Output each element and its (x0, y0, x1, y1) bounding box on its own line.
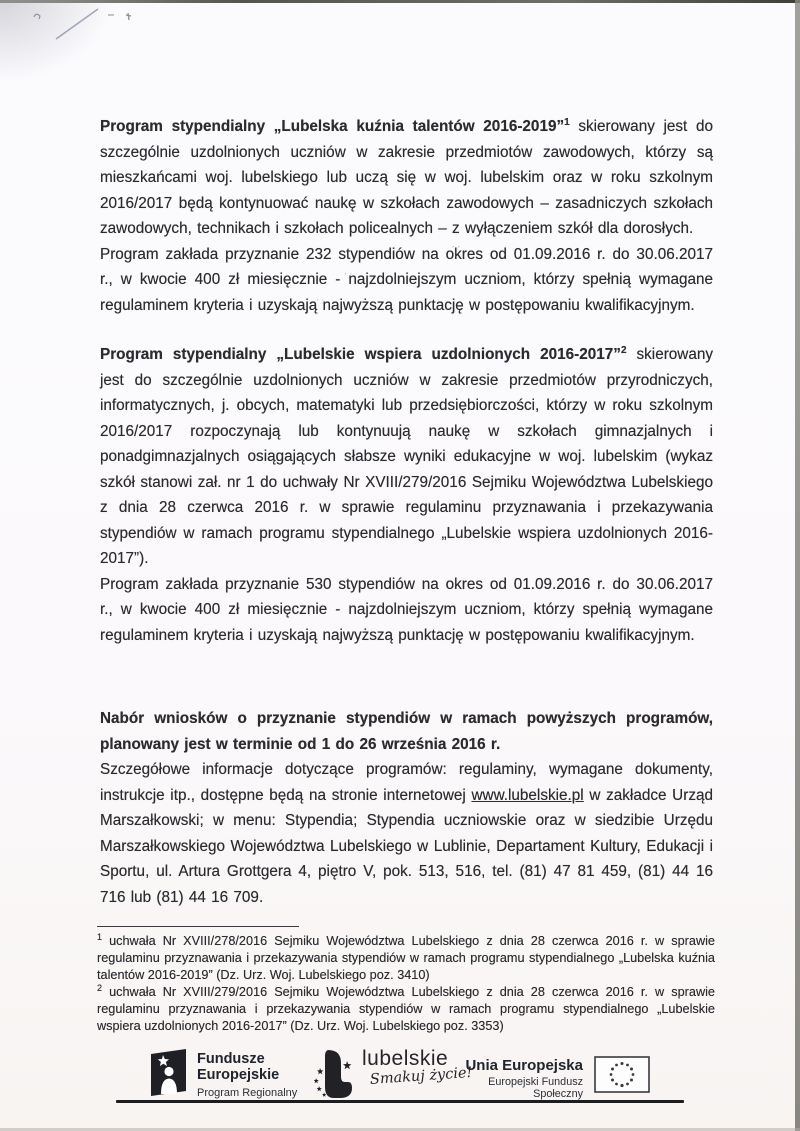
program-wspiera-uzdolnionych-intro: Program stypendialny „Lubelskie wspiera … (100, 342, 713, 572)
scan-edge-top (0, 0, 800, 3)
footer-rule (116, 1100, 684, 1103)
text-run: Program stypendialny „Lubelska kuźnia ta… (100, 118, 564, 135)
text-run: skierowany jest do szczególnie uzdolnion… (100, 346, 713, 567)
lubelskie-letter-l-icon (314, 1048, 354, 1105)
document-body: Program stypendialny „Lubelska kuźnia ta… (100, 114, 713, 910)
lubelskie-logo: lubelskie Smakuj życie! (314, 1048, 473, 1105)
fe-flag-icon (150, 1049, 187, 1102)
text-run: Program stypendialny „Lubelskie wspiera … (100, 346, 621, 363)
scanned-document-page: ´ ´ ˒ ˓ ˒ ˓ Program stypendialny „Lubels… (0, 0, 800, 1131)
text-run: Program zakłada przyznanie 232 stypendió… (100, 246, 713, 314)
fundusze-europejskie-logo: Fundusze Europejskie Program Regionalny (150, 1049, 297, 1102)
text-run: uchwała Nr XVIII/279/2016 Sejmiku Wojewó… (97, 985, 715, 1033)
eu-label-line2: Europejski Fundusz Społeczny (455, 1076, 583, 1100)
program-wspiera-uzdolnionych-details: Program zakłada przyznanie 530 stypendió… (100, 572, 713, 649)
footnotes-section: 1 uchwała Nr XVIII/278/2016 Sejmiku Woje… (97, 926, 715, 1035)
footnotes-list: 1 uchwała Nr XVIII/278/2016 Sejmiku Woje… (97, 933, 715, 1035)
unia-europejska-logo: Unia Europejska Europejski Fundusz Społe… (455, 1058, 583, 1100)
footnote-separator (97, 926, 299, 927)
text-run: Program zakłada przyznanie 530 stypendió… (100, 576, 713, 644)
nabor-wnioskow-details: Szczegółowe informacje dotyczące program… (100, 757, 713, 910)
eu-flag-icon (594, 1056, 650, 1098)
fe-label-line3: Program Regionalny (197, 1087, 297, 1099)
nabor-wnioskow-heading: Nabór wniosków o przyznanie stypendiów w… (100, 706, 713, 757)
url-text: www.lubelskie.pl (471, 787, 583, 804)
text-run: w zakładce Urząd Marszałkowski; w menu: … (100, 787, 713, 906)
eu-label-line1: Unia Europejska (455, 1058, 583, 1074)
text-run: uchwała Nr XVIII/278/2016 Sejmiku Wojewó… (97, 934, 715, 982)
footnote-1: 1 uchwała Nr XVIII/278/2016 Sejmiku Woje… (97, 933, 715, 984)
footnote-2: 2 uchwała Nr XVIII/279/2016 Sejmiku Woje… (97, 984, 715, 1035)
fe-label-line2: Europejskie (197, 1068, 297, 1084)
text-run: skierowany jest do szczególnie uzdolnion… (100, 118, 713, 237)
text-run: Nabór wniosków o przyznanie stypendiów w… (100, 710, 713, 753)
program-kuznia-talentow-details: Program zakłada przyznanie 232 stypendió… (100, 242, 713, 319)
program-kuznia-talentow-intro: Program stypendialny „Lubelska kuźnia ta… (100, 114, 713, 242)
pen-marks (20, 4, 150, 48)
scan-edge-right (795, 0, 800, 1131)
fe-label-line1: Fundusze (197, 1052, 297, 1068)
